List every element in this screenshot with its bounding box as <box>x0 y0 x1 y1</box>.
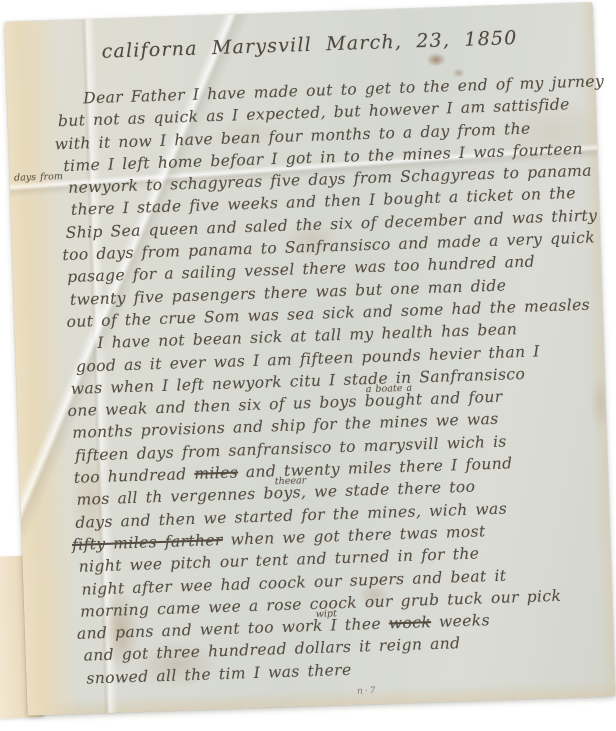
letter-body: Dear Father I have made out to get to th… <box>53 73 595 692</box>
interlinear-insertion: wipt <box>316 608 337 620</box>
line-text: weeks <box>431 611 490 631</box>
letter-heading: californa Marysvill March, 23, 1850 <box>51 25 573 64</box>
interlinear-insertion: theear <box>275 476 307 488</box>
photo-backdrop: californa Marysvill March, 23, 1850 Dear… <box>0 0 616 731</box>
line-text: too hundread <box>74 465 195 487</box>
struck-out-word: wock <box>389 613 432 632</box>
letter-writing: californa Marysvill March, 23, 1850 Dear… <box>5 2 616 715</box>
letter-sheet: californa Marysvill March, 23, 1850 Dear… <box>5 2 616 715</box>
interlinear-insertion: a boate a <box>366 383 413 396</box>
struck-out-word: miles <box>194 464 238 483</box>
interlinear-insertion: days from <box>14 171 63 184</box>
struck-out-word: fifty miles farther <box>72 531 223 554</box>
ink-mark: n·7 <box>357 686 378 697</box>
